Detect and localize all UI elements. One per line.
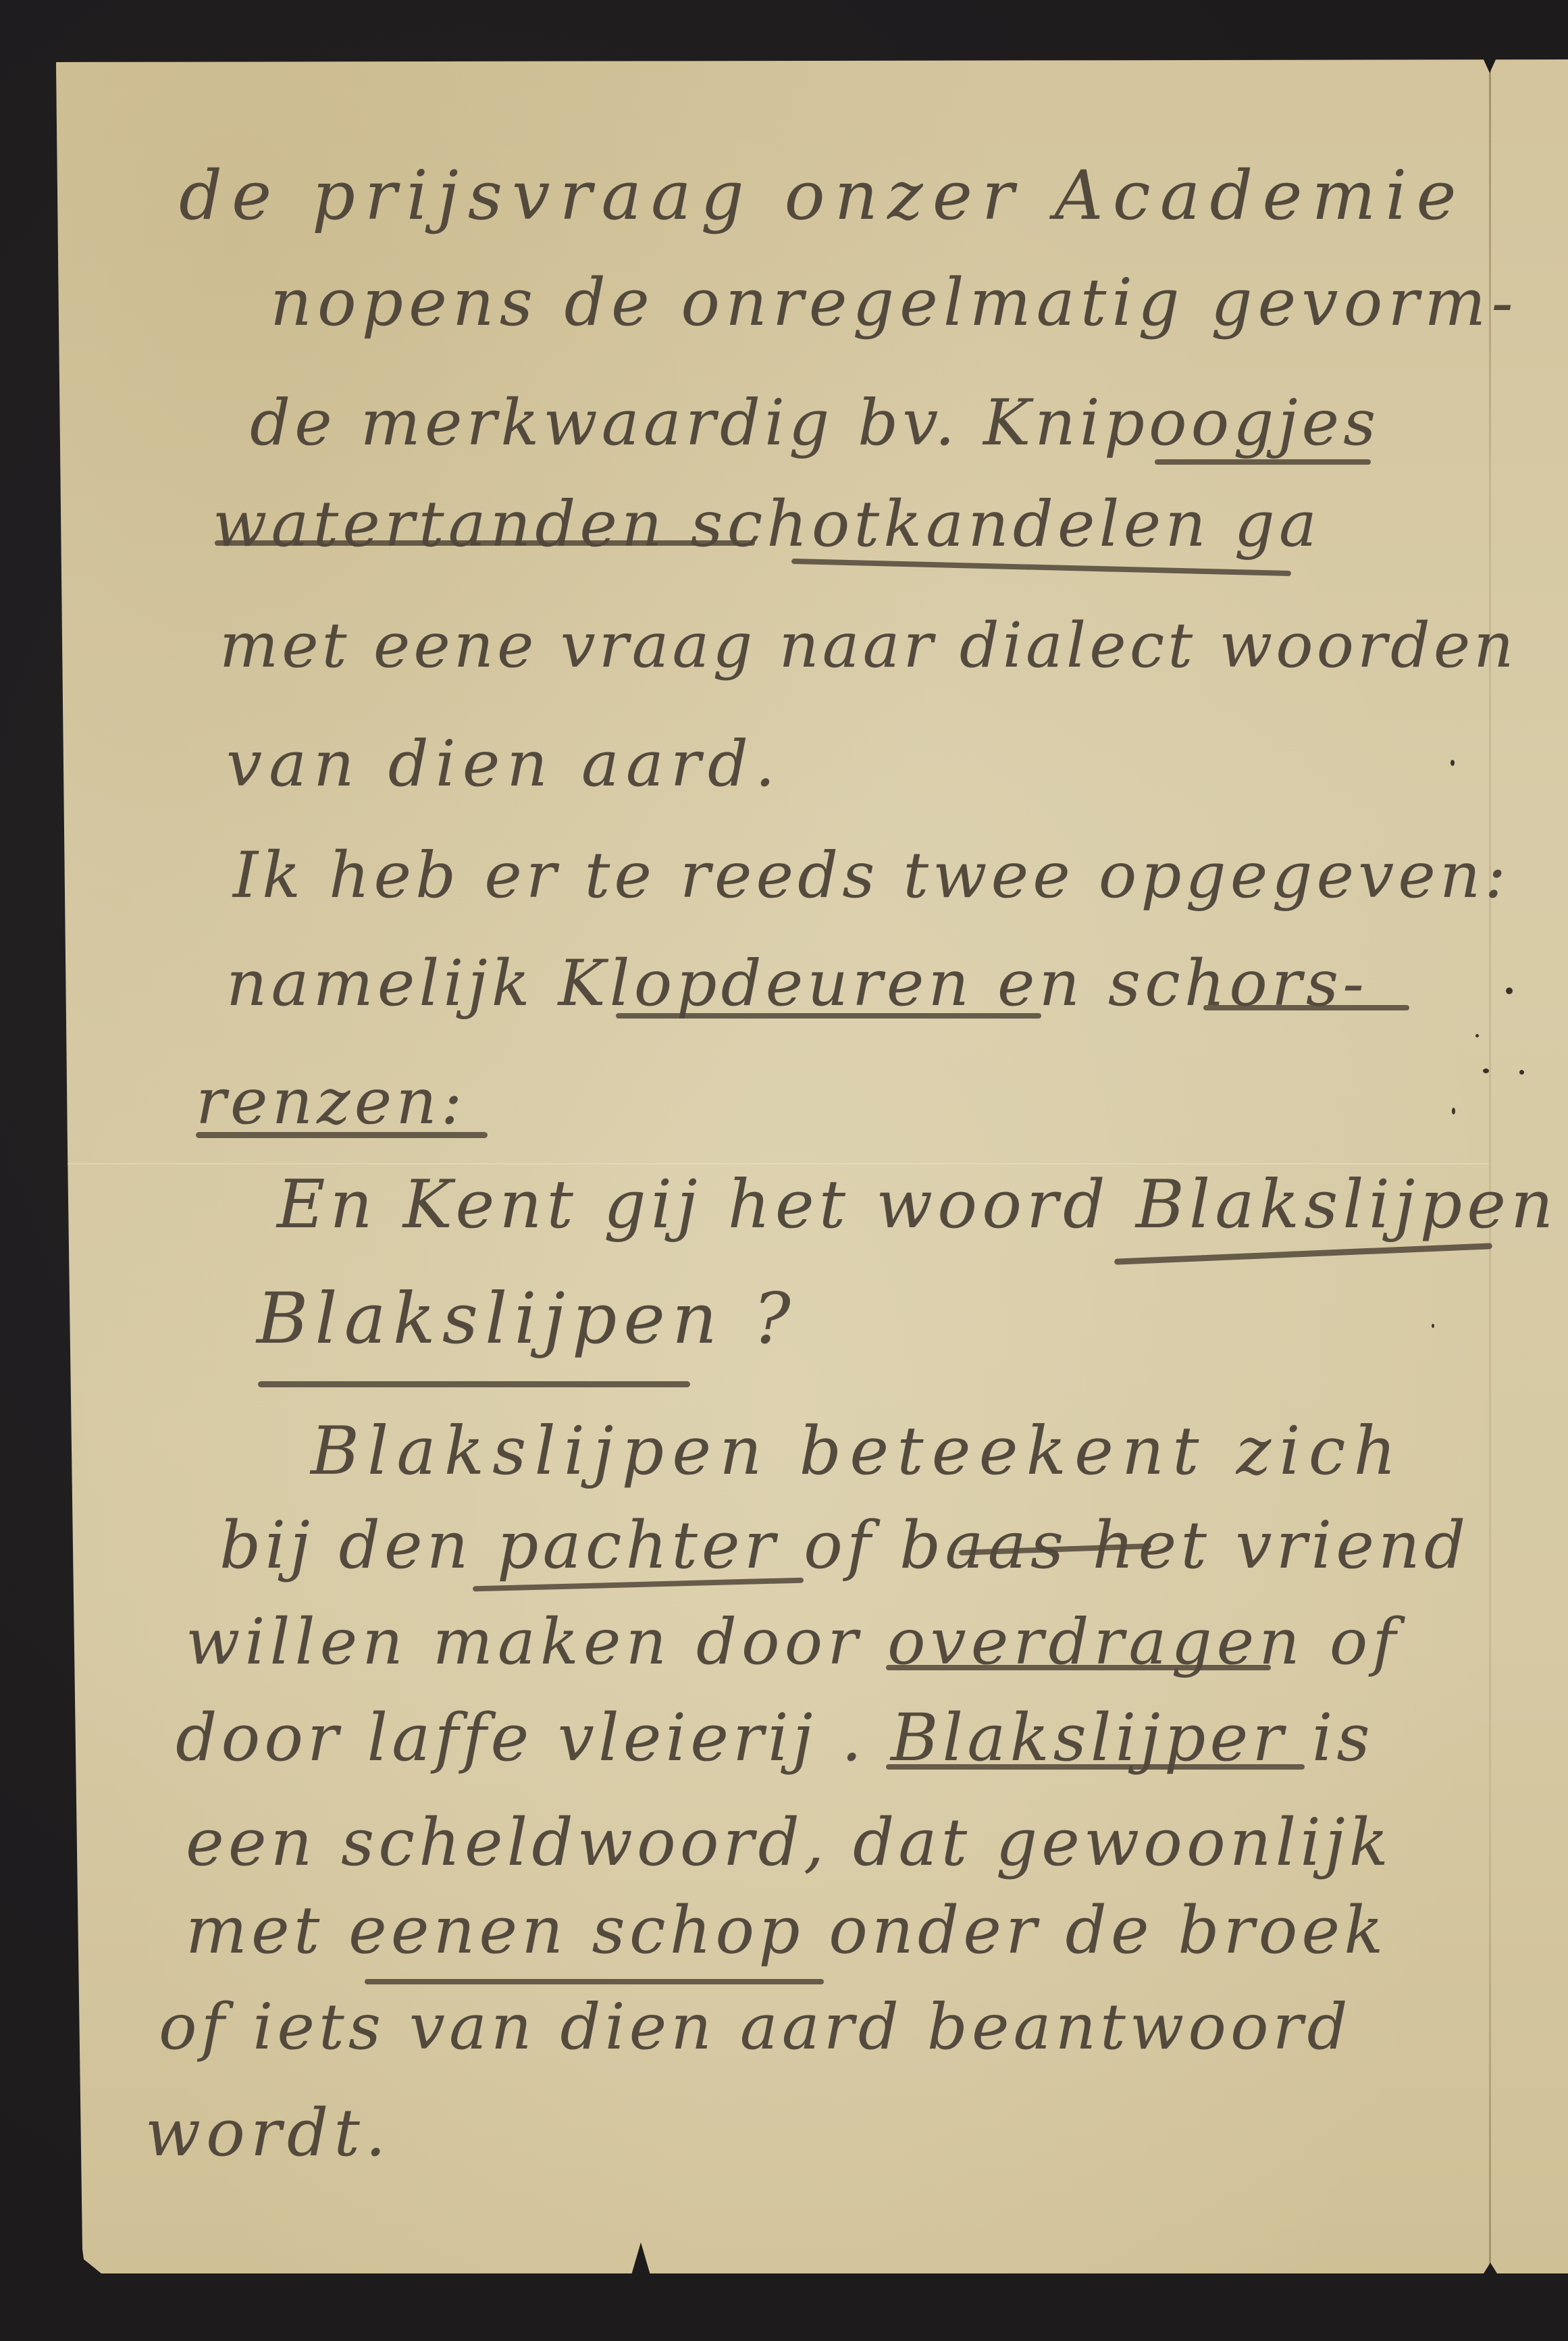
manuscript-line-3: de merkwaardig bv. Knipoogjes [250, 392, 1380, 455]
underline-schop [365, 1979, 824, 1984]
page-fold-horizontal [68, 1163, 1489, 1164]
manuscript-line-1: de prijsvraag onzer Academie [179, 162, 1466, 230]
paper-tear-bottom-right [1484, 2263, 1497, 2273]
manuscript-line-15: door laffe vleierij . Blakslijper is [176, 1705, 1374, 1770]
manuscript-line-12: Blakslijpen beteekent zich [311, 1418, 1405, 1485]
underline-renzen [196, 1132, 488, 1138]
manuscript-line-8: namelijk Klopdeuren en schors- [226, 952, 1368, 1016]
paper-tear-top [1483, 58, 1496, 73]
manuscript-line-17: met eenen schop onder de broek [186, 1898, 1387, 1963]
manuscript-line-5: met eene vraag naar dialect woorden [219, 615, 1517, 677]
paper-tear-bottom [631, 2242, 650, 2275]
manuscript-line-4: watertanden schotkandelen ga [213, 493, 1321, 557]
underline-knipoogjes [1155, 459, 1371, 465]
manuscript-line-9: renzen: [196, 1071, 466, 1134]
underline-overdragen [886, 1665, 1271, 1670]
underline-klopdeuren [616, 1013, 1041, 1019]
manuscript-line-6: van dien aard. [226, 733, 782, 796]
manuscript-line-10: En Kent gij het woord Blakslijpen [277, 1172, 1558, 1238]
manuscript-line-19: wordt. [145, 2101, 391, 2165]
manuscript-line-2: nopens de onregelmatig gevorm- [270, 270, 1519, 335]
underline-blakslijper [886, 1764, 1305, 1770]
manuscript-line-11: Blakslijpen ? [257, 1283, 798, 1354]
manuscript-line-16: een scheldwoord, dat gewoonlijk [186, 1810, 1392, 1875]
underline-schors [1203, 1005, 1409, 1010]
manuscript-line-13: bij den pachter of baas het vriend [219, 1513, 1469, 1578]
manuscript-line-7: Ik heb er te reeds twee opgegeven: [233, 844, 1510, 908]
underline-blakslijpen-2 [258, 1381, 690, 1387]
manuscript-line-18: of iets van dien aard beantwoord [159, 1996, 1352, 2059]
underline-watertanden [215, 540, 755, 546]
